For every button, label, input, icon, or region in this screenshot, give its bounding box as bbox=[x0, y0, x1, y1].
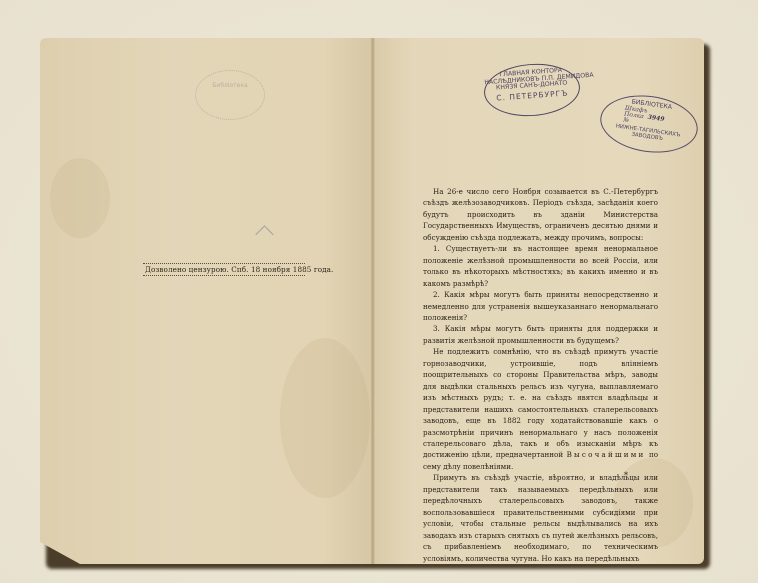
paragraph: На 26-е число сего Ноября созывается въ … bbox=[423, 186, 658, 243]
paper-stain bbox=[50, 158, 110, 238]
paragraph-text: Не подлежитъ сомнѣнію, что въ съѣздѣ при… bbox=[423, 347, 658, 459]
paper-stain bbox=[280, 338, 370, 498]
book-gutter bbox=[371, 38, 375, 564]
paragraph: 3. Какія мѣры могутъ быть приняты для по… bbox=[423, 323, 658, 346]
faded-stamp-text: Библіотека bbox=[212, 82, 247, 89]
paragraph: 2. Какія мѣры могутъ быть приняты непоср… bbox=[423, 289, 658, 323]
paragraph-with-emphasis: Не подлежитъ сомнѣнію, что въ съѣздѣ при… bbox=[423, 346, 658, 472]
paragraph: 1. Существуетъ-ли въ настоящее время нен… bbox=[423, 243, 658, 289]
body-text: На 26-е число сего Ноября созывается въ … bbox=[423, 186, 658, 564]
faded-library-stamp: Библіотека bbox=[195, 70, 265, 120]
censorship-approval-line: Дозволено цензурою. Спб. 18 ноября 1885 … bbox=[143, 263, 305, 276]
emphasis-word: Высочайшими bbox=[567, 450, 646, 459]
footer-mark: * bbox=[624, 471, 628, 480]
paragraph: Примутъ въ съѣздѣ участіе, вѣроятно, и в… bbox=[423, 472, 658, 564]
left-page bbox=[40, 38, 372, 564]
